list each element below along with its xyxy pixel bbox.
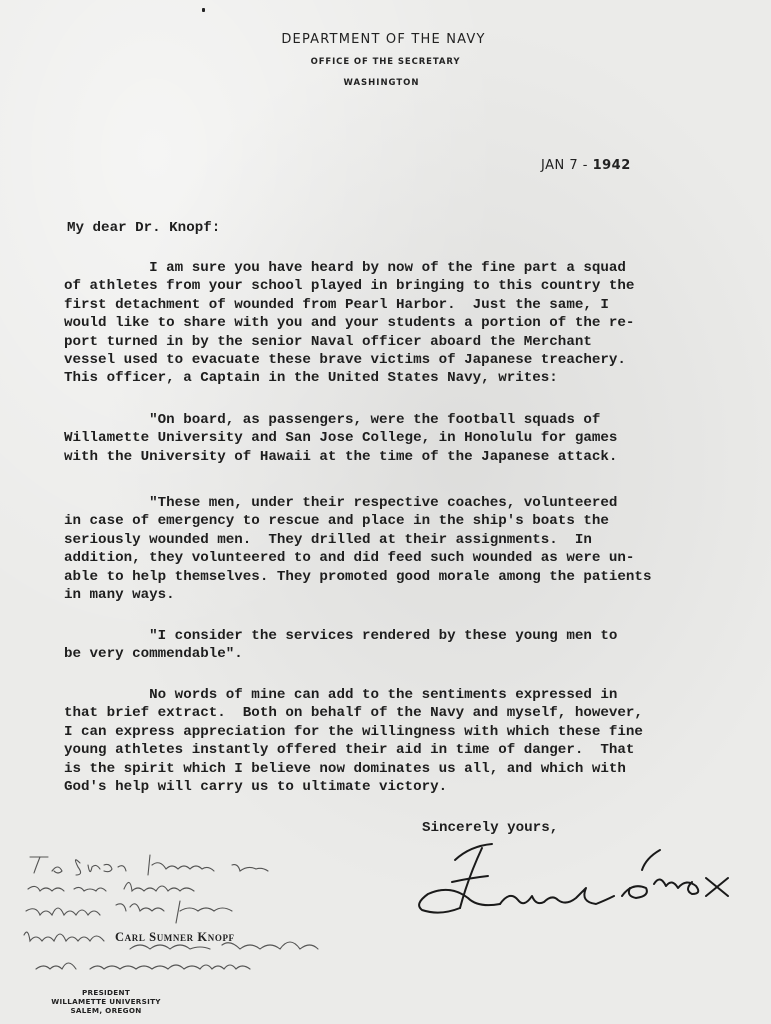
business-card: To Spec Keene we owe our deepest gratitu… <box>0 845 345 1024</box>
card-location: SALEM, OREGON <box>36 1006 176 1015</box>
letterhead-office: OFFICE OF THE SECRETARY <box>0 57 771 67</box>
card-details: PRESIDENT WILLAMETTE UNIVERSITY SALEM, O… <box>36 988 176 1015</box>
letter-page: DEPARTMENT OF THE NAVY OFFICE OF THE SEC… <box>0 0 771 1024</box>
ink-speck <box>202 8 205 12</box>
quote-paragraph-2: "These men, under their respective coach… <box>64 494 724 604</box>
quote-paragraph-1: "On board, as passengers, were the footb… <box>64 411 724 466</box>
card-institution: WILLAMETTE UNIVERSITY <box>36 997 176 1006</box>
signature: Frank Knox <box>410 838 760 928</box>
card-title: PRESIDENT <box>36 988 176 997</box>
signature-scribble-icon <box>410 838 760 928</box>
letterhead-city: WASHINGTON <box>0 78 767 88</box>
body-paragraph-2: No words of mine can add to the sentimen… <box>64 686 724 796</box>
body-paragraph-1: I am sure you have heard by now of the f… <box>64 259 724 388</box>
card-name: Carl Sumner Knopf <box>115 930 235 945</box>
letter-date: JAN 7 - 1942 <box>541 158 631 173</box>
letterhead-department: DEPARTMENT OF THE NAVY <box>0 32 769 47</box>
quote-paragraph-3: "I consider the services rendered by the… <box>64 627 724 664</box>
date-year: 1942 <box>593 158 631 173</box>
salutation: My dear Dr. Knopf: <box>67 220 220 236</box>
closing: Sincerely yours, <box>422 820 558 836</box>
date-month-day: JAN 7 - <box>541 158 593 173</box>
